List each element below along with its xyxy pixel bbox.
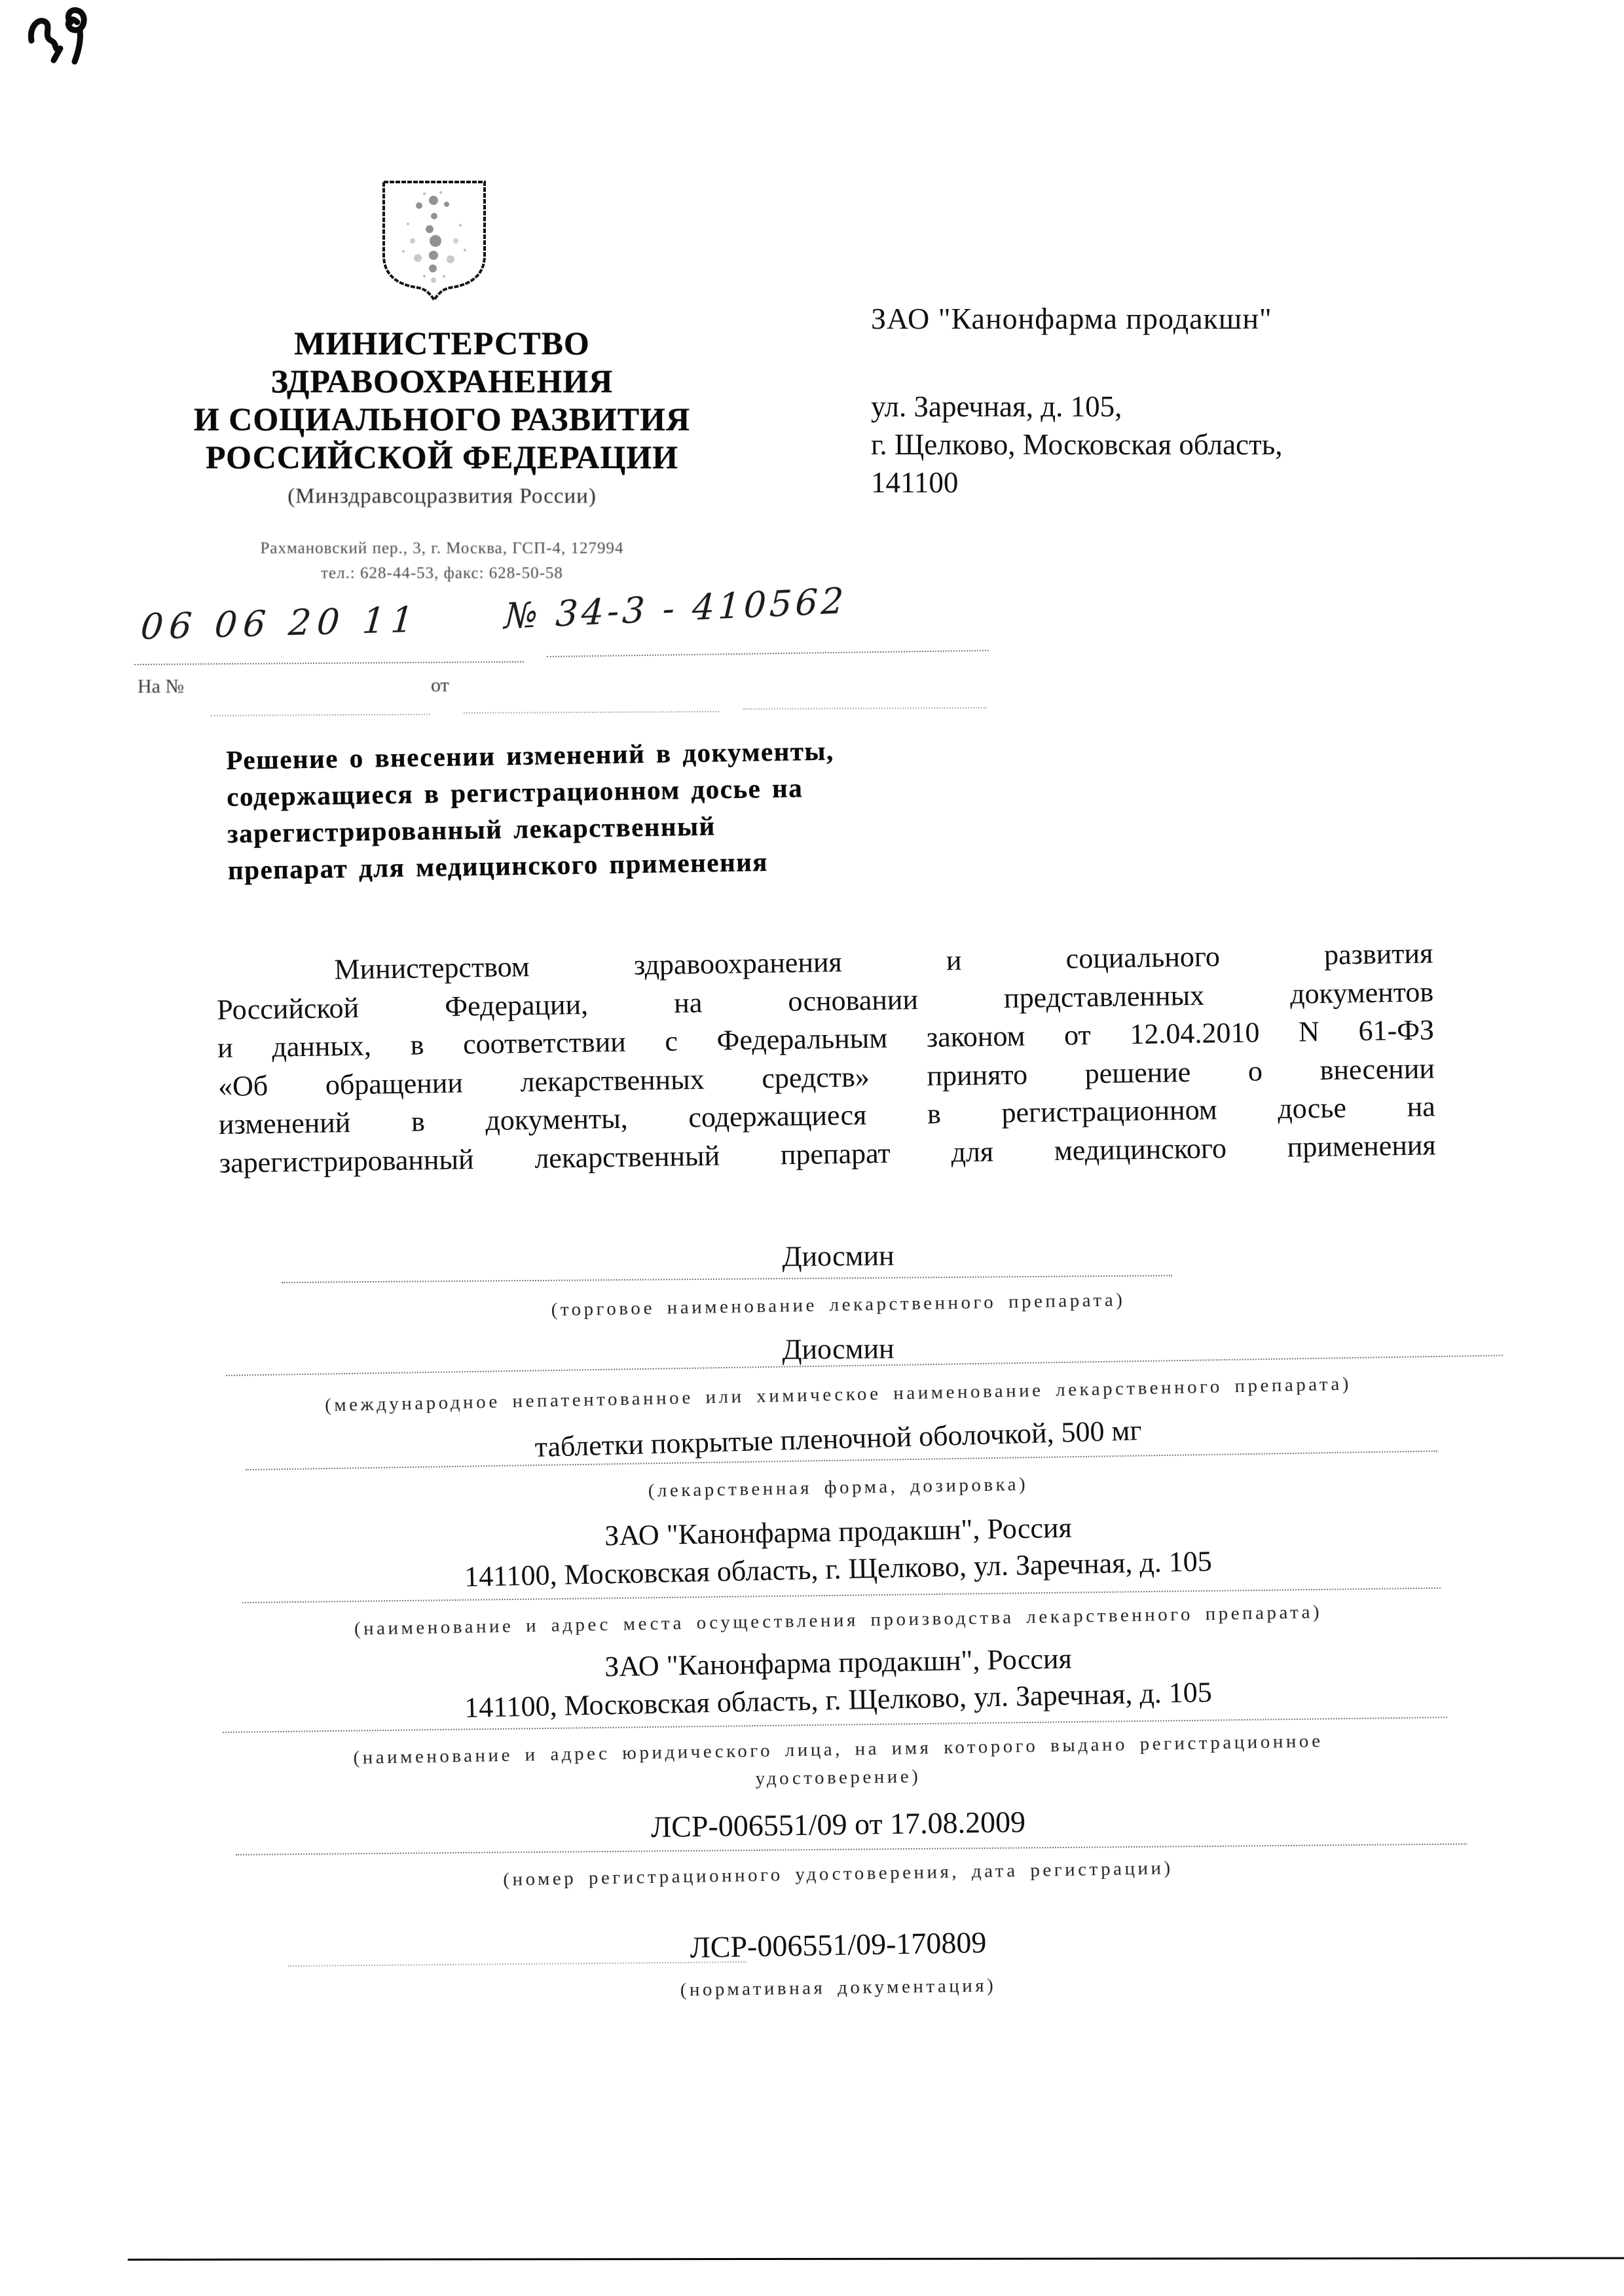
number-underline xyxy=(547,650,989,657)
ministry-name: МИНИСТЕРСТВО ЗДРАВООХРАНЕНИЯ И СОЦИАЛЬНО… xyxy=(115,324,769,476)
ministry-line: МИНИСТЕРСТВО xyxy=(115,324,769,362)
recipient-address-line: 141100 xyxy=(871,464,1493,501)
recipient-address: ул. Заречная, д. 105, г. Щелково, Москов… xyxy=(871,388,1493,501)
ministry-address: Рахмановский пер., 3, г. Москва, ГСП-4, … xyxy=(115,539,769,558)
bottom-scan-line xyxy=(128,2257,1624,2261)
normative-caption: (нормативная документация) xyxy=(52,1966,1624,2010)
subject-block: Решение о внесении изменений в документы… xyxy=(226,731,902,888)
outgoing-date-handwritten: 06 06 20 11 xyxy=(139,598,421,647)
handwritten-corner-mark xyxy=(20,0,118,79)
ministry-line: И СОЦИАЛЬНОГО РАЗВИТИЯ xyxy=(115,400,769,438)
ministry-short-name: (Минздравсоцразвития России) xyxy=(115,484,769,509)
recipient-address-line: г. Щелково, Московская область, xyxy=(871,426,1493,464)
recipient-name: ЗАО "Канонфарма продакшн" xyxy=(871,301,1493,336)
coat-of-arms-icon xyxy=(378,178,490,306)
scanned-letter-page: МИНИСТЕРСТВО ЗДРАВООХРАНЕНИЯ И СОЦИАЛЬНО… xyxy=(0,0,1624,2296)
ref-from-underline2 xyxy=(743,707,987,710)
registration-caption: (номер регистрационного удостоверения, д… xyxy=(52,1850,1624,1899)
ref-label: На № xyxy=(138,676,184,698)
outgoing-number-handwritten: № 34-3 - 410562 xyxy=(504,580,847,637)
ministry-line: РОССИЙСКОЙ ФЕДЕРАЦИИ xyxy=(115,438,769,476)
ref-underline xyxy=(211,714,430,716)
body-paragraph: Министерством здравоохранения и социальн… xyxy=(216,934,1436,1182)
ref-from-label: от xyxy=(431,674,449,697)
drug-trade-name: Диосмин xyxy=(52,1233,1624,1280)
ministry-phone: тел.: 628-44-53, факс: 628-50-58 xyxy=(115,564,769,583)
date-underline xyxy=(134,661,524,665)
ministry-line: ЗДРАВООХРАНЕНИЯ xyxy=(115,362,769,400)
trade-name-caption: (торговое наименование лекарственного пр… xyxy=(52,1281,1624,1330)
recipient-address-line: ул. Заречная, д. 105, xyxy=(871,388,1493,426)
ref-from-underline xyxy=(464,711,719,714)
